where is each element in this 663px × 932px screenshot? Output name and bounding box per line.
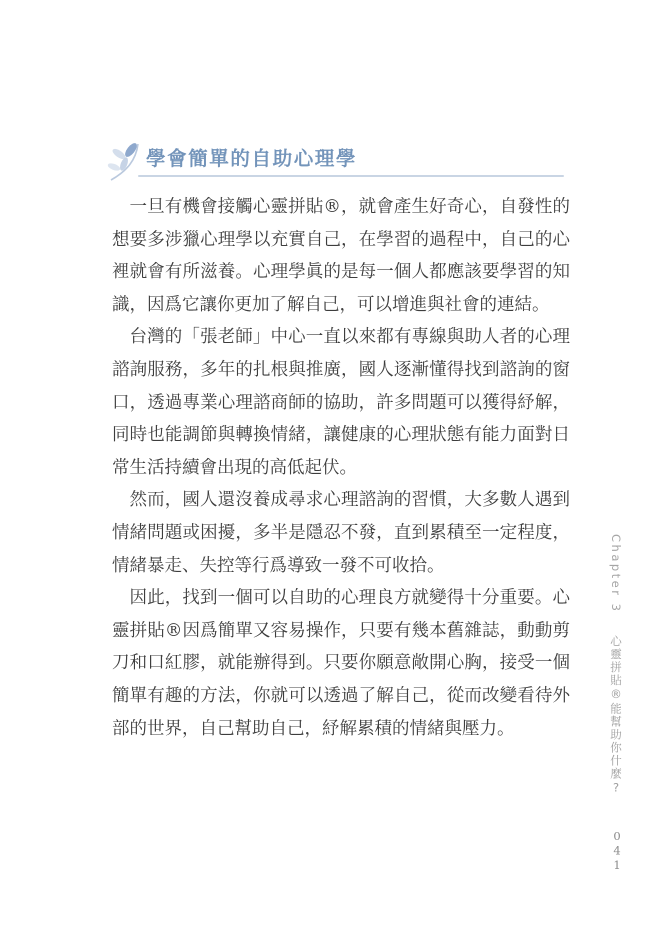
section-header: 學會簡單的自助心理學	[107, 142, 357, 186]
section-title: 學會簡單的自助心理學	[146, 142, 357, 169]
body-text: 一旦有機會接觸心靈拼貼®，就會產生好奇心，自發性的想要多涉獵心理學以充實自己，在…	[112, 191, 570, 745]
paragraph-3: 然而，國人還沒養成尋求心理諮詢的習慣，大多數人遇到情緒問題或困擾，多半是隱忍不發…	[112, 484, 570, 582]
chapter-label: Chapter 3	[609, 534, 623, 613]
paragraph-1: 一旦有機會接觸心靈拼貼®，就會產生好奇心，自發性的想要多涉獵心理學以充實自己，在…	[112, 191, 570, 321]
title-underline	[138, 175, 564, 177]
page-number: 041	[610, 829, 624, 873]
leaf-icon	[107, 142, 141, 186]
paragraph-4: 因此，找到一個可以自助的心理良方就變得十分重要。心靈拼貼®因爲簡單又容易操作，只…	[112, 582, 570, 745]
book-page: 學會簡單的自助心理學 一旦有機會接觸心靈拼貼®，就會產生好奇心，自發性的想要多涉…	[0, 0, 663, 932]
chapter-title-vertical: 心靈拼貼®能幫助你什麼?	[608, 635, 624, 796]
paragraph-2: 台灣的「張老師」中心一直以來都有專線與助人者的心理諮詢服務，多年的扎根與推廣，國…	[112, 321, 570, 484]
chapter-sidebar: Chapter 3 心靈拼貼®能幫助你什麼?	[606, 534, 626, 796]
